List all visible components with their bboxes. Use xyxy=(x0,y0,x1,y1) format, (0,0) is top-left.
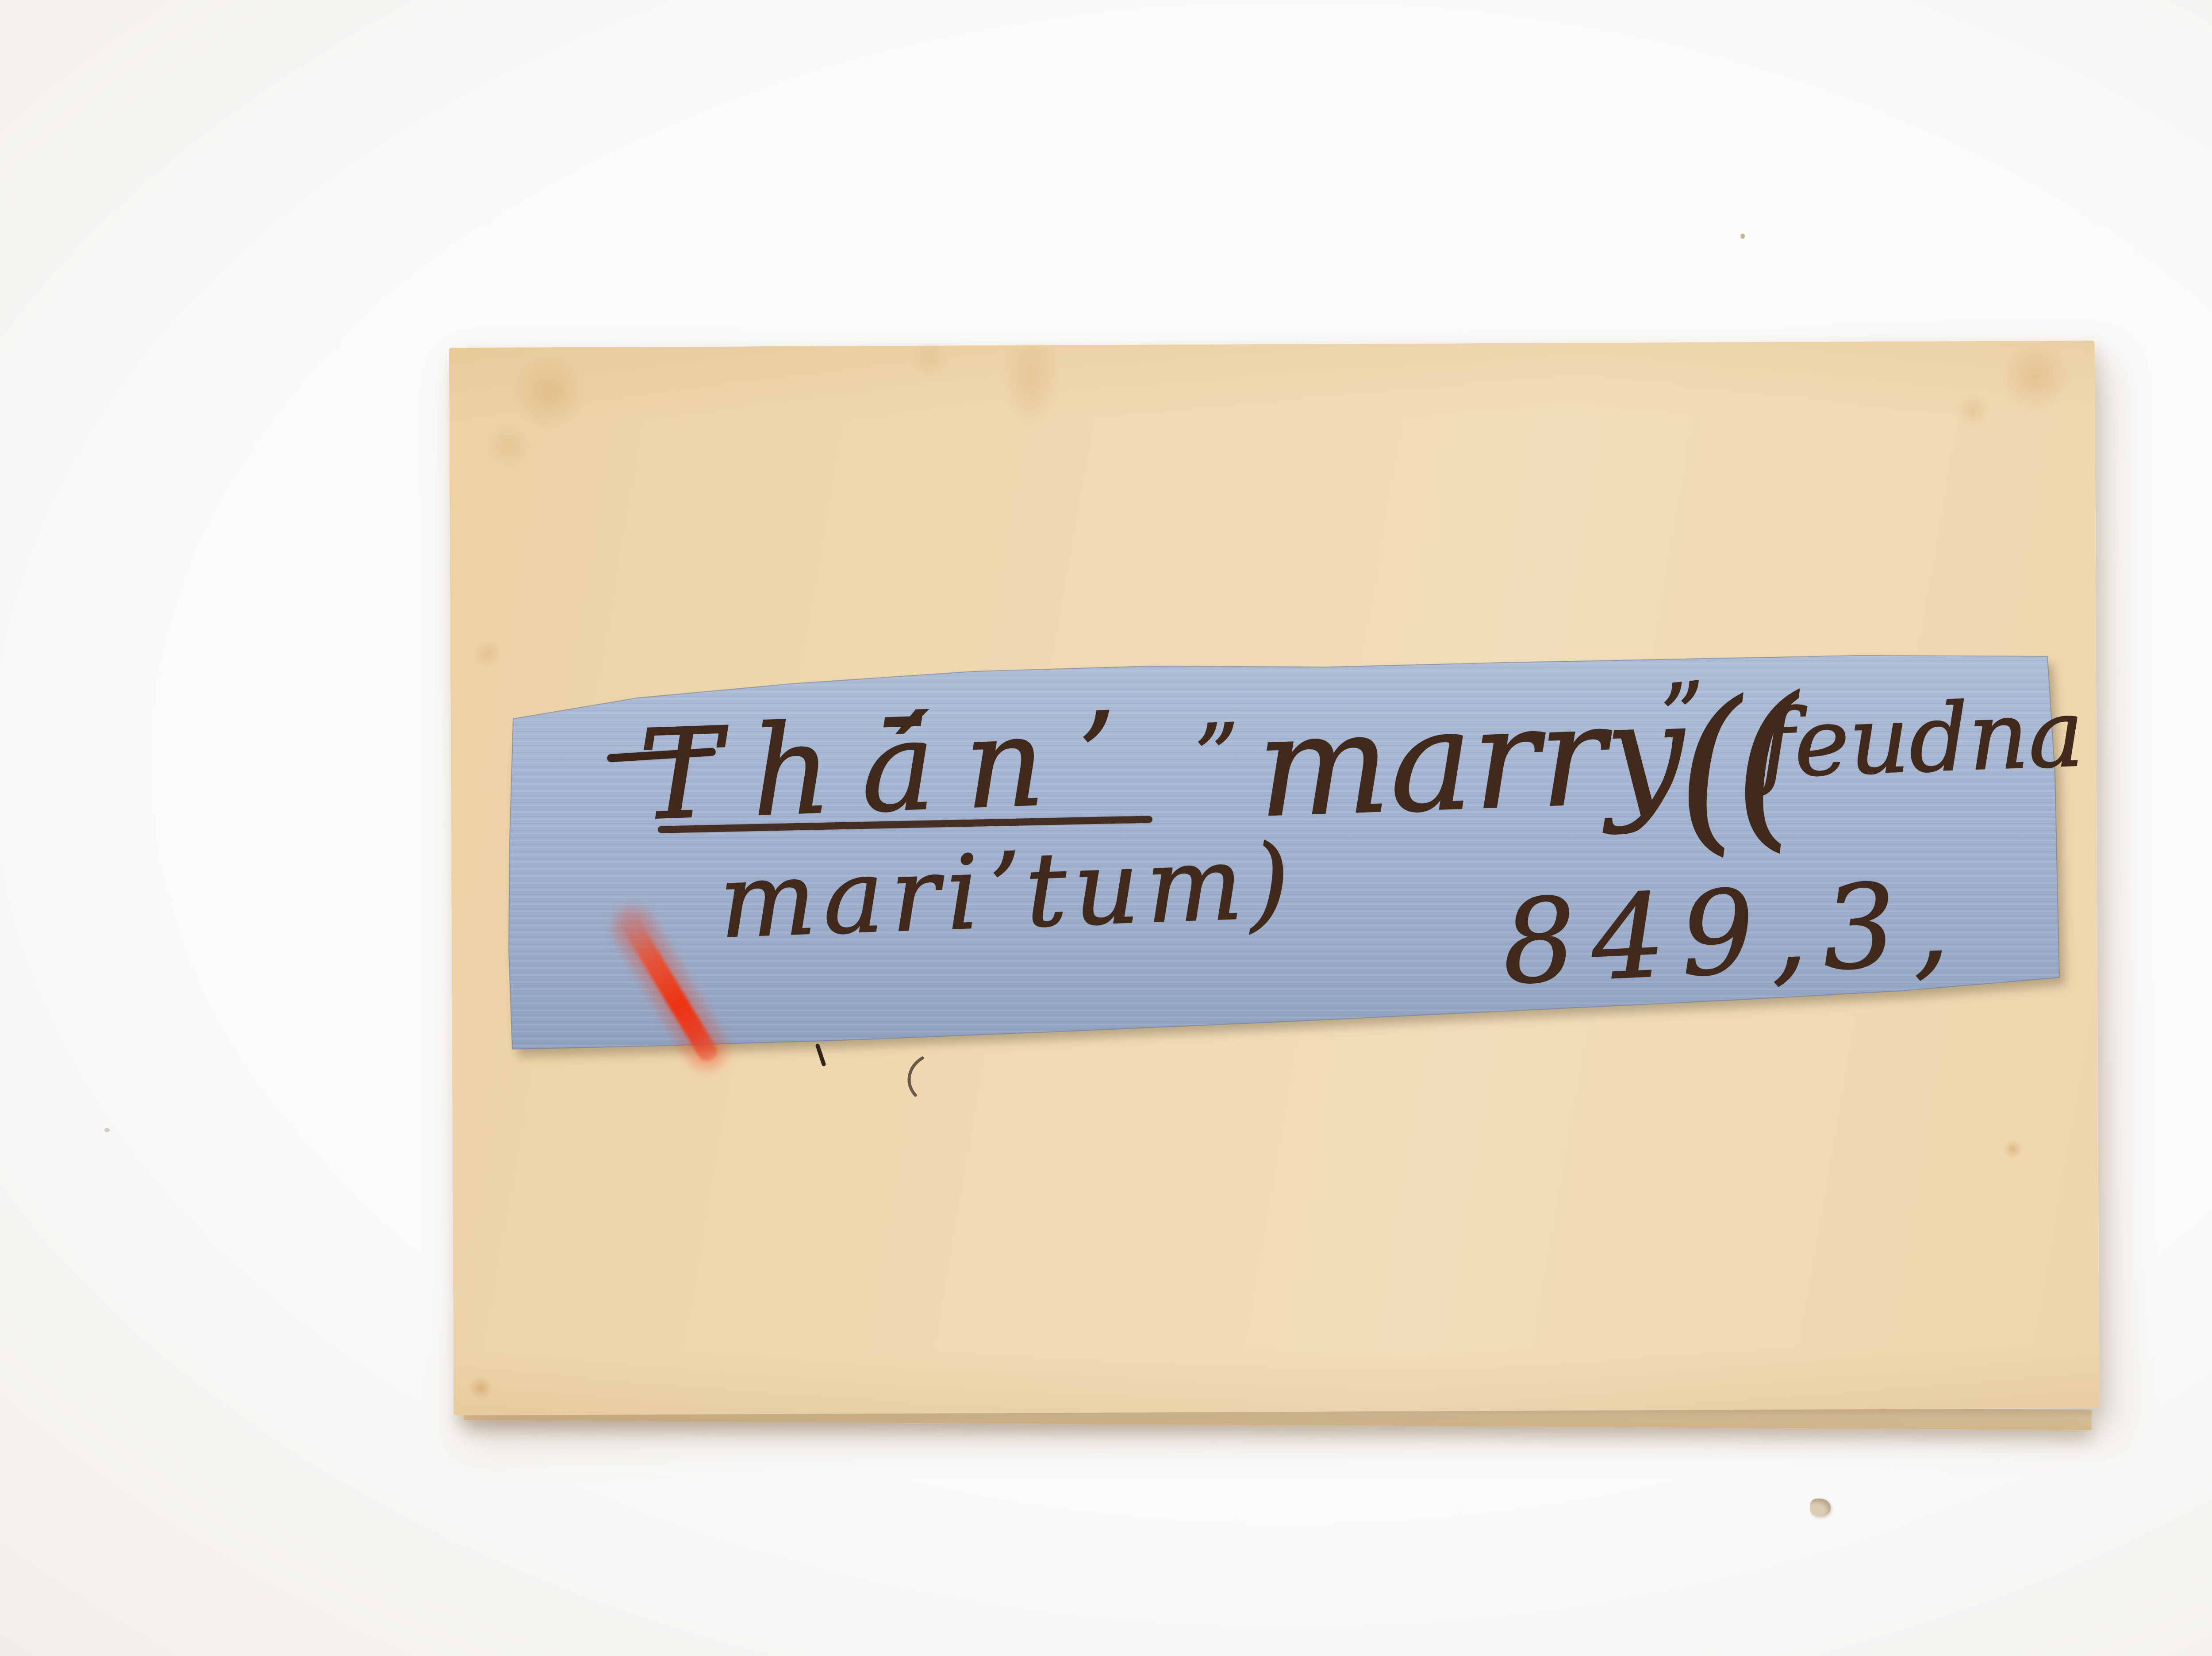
open-quote-mark: ” xyxy=(1193,712,1241,802)
ink-hook-mark xyxy=(909,1058,922,1095)
paper-crumb-speck xyxy=(1810,1499,1831,1516)
background-speck xyxy=(104,1128,110,1132)
headword-text: Thā́nʼ xyxy=(637,697,1145,838)
latin-word2-text: mariʼtum) xyxy=(718,831,1298,953)
reference-number: 849,3, xyxy=(1500,866,1967,1000)
gloss-text: marry xyxy=(1255,683,1687,838)
latin-word-text: feudna xyxy=(1759,687,2085,791)
background-speck xyxy=(1740,234,1745,239)
photo-stage: Thā́nʼ ” marry ” (( feudna mariʼtum) 849… xyxy=(0,0,2212,1656)
